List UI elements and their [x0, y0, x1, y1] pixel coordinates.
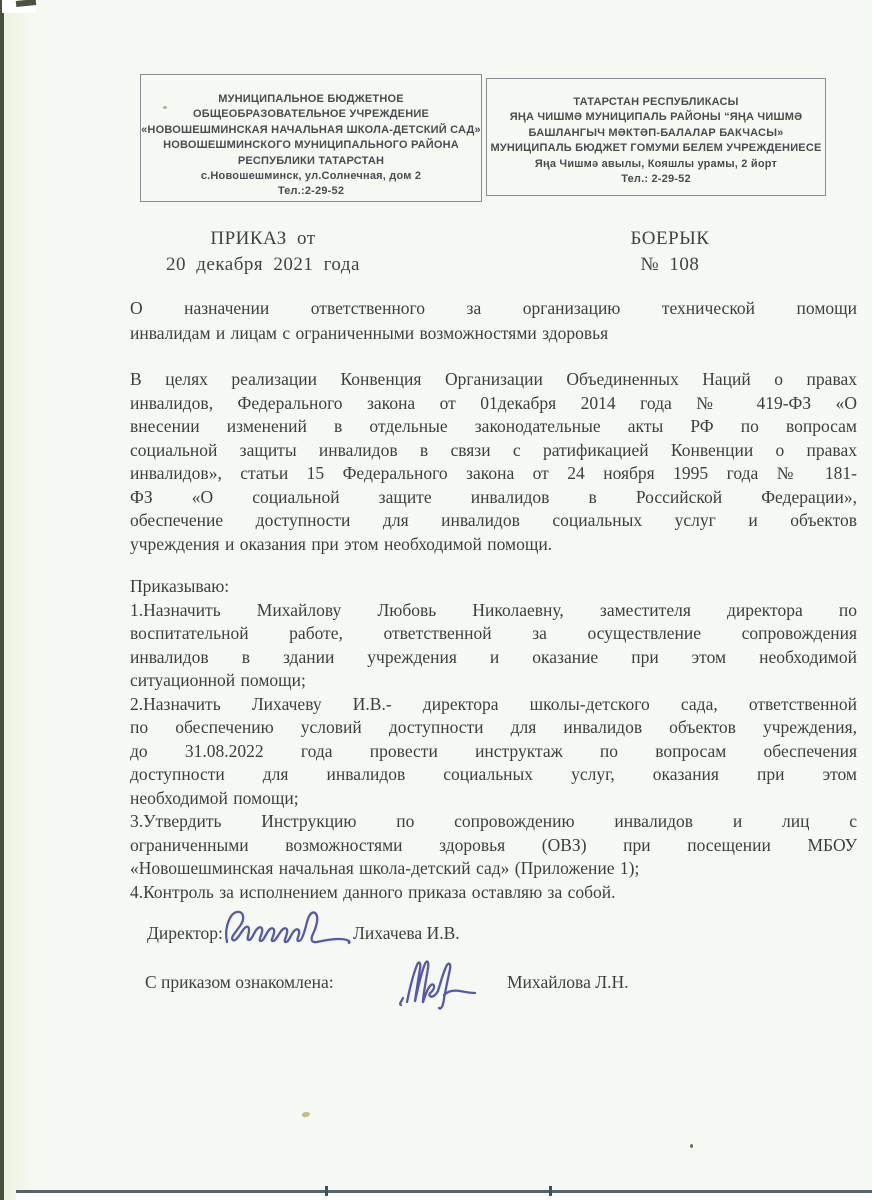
acknowledgement-name: Михайлова Л.Н.: [507, 969, 629, 995]
scan-bottom-tick: [549, 1186, 552, 1196]
text-line: обеспечение доступности для инвалидов со…: [130, 509, 857, 533]
text-line: инвалидов в здании учреждения и оказание…: [130, 646, 857, 670]
text-line: Яңа Чишмә авылы, Кояшлы урамы, 2 йорт: [487, 157, 825, 172]
text-line: Тел.:2-29-52: [141, 184, 481, 199]
text-line: НОВОШЕШМИНСКОГО МУНИЦИПАЛЬНОГО РАЙОНА: [141, 138, 481, 153]
text-line: ограниченными возможностями здоровья (ОВ…: [130, 834, 857, 858]
text-line: В целях реализации Конвенция Организации…: [130, 368, 857, 392]
text-line: 4.Контроль за исполнением данного приказ…: [130, 881, 857, 905]
text-line: доступности для инвалидов социальных усл…: [130, 763, 857, 787]
text-line: ТАТАРСТАН РЕСПУБЛИКАСЫ: [487, 95, 825, 110]
text-line: РЕСПУБЛИКИ ТАТАРСТАН: [141, 154, 481, 169]
scan-left-shadow-strip: [4, 0, 36, 1200]
text-line: необходимой помощи;: [130, 787, 857, 811]
text-line: инвалидов, Федерального закона от 01дека…: [130, 392, 857, 416]
scan-bottom-background: [16, 1193, 872, 1200]
scan-bottom-tick: [325, 1186, 328, 1196]
signature-block: Директор: Лихачева И.В. С приказом ознак…: [130, 920, 857, 995]
scan-speck: [301, 1111, 310, 1118]
text-line: ФЗ «О социальной защите инвалидов в Росс…: [130, 486, 857, 510]
preamble-paragraph: В целях реализации Конвенция Организации…: [130, 368, 857, 556]
letterhead-left-box: МУНИЦИПАЛЬНОЕ БЮДЖЕТНОЕОБЩЕОБРАЗОВАТЕЛЬН…: [140, 74, 482, 202]
director-name: Лихачева И.В.: [353, 920, 460, 946]
scan-left-edge: [0, 0, 4, 1200]
text-line: МУНИЦИПАЛЬНОЕ БЮДЖЕТНОЕ: [141, 92, 481, 107]
order-item-2: 2.Назначить Лихачеву И.В.- директора шко…: [130, 693, 857, 811]
text-line: инвалидам и лицам с ограниченными возмож…: [130, 321, 857, 346]
text-line: «НОВОШЕШМИНСКАЯ НАЧАЛЬНАЯ ШКОЛА-ДЕТСКИЙ …: [141, 123, 481, 138]
order-title: ПРИКАЗ от: [158, 226, 368, 252]
text-line: социальной защиты инвалидов в связи с ра…: [130, 439, 857, 463]
order-heading-tatar: БОЕРЫК № 108: [608, 226, 732, 278]
order-heading-row: ПРИКАЗ от 20 декабря 2021 года БОЕРЫК № …: [130, 226, 857, 286]
director-signature-ink: [220, 904, 358, 952]
text-line: учреждения и оказания при этом необходим…: [130, 533, 857, 557]
text-line: «Новошешминская начальная школа-детский …: [130, 857, 857, 881]
text-line: МУНИЦИПАЛЬ БЮДЖЕТ ГОМУМИ БЕЛЕМ УЧРЕЖДЕНИ…: [487, 141, 825, 156]
text-line: с.Новошешминск, ул.Солнечная, дом 2: [141, 169, 481, 184]
order-body: О назначении ответственного за организац…: [130, 296, 857, 904]
subject-paragraph: О назначении ответственного за организац…: [130, 296, 857, 346]
order-item-1: 1.Назначить Михайлову Любовь Николаевну,…: [130, 599, 857, 693]
text-line: воспитательной работе, ответственной за …: [130, 622, 857, 646]
text-line: инвалидов», статьи 15 Федерального закон…: [130, 462, 857, 486]
text-line: до 31.08.2022 года провести инструктаж п…: [130, 740, 857, 764]
scan-speck: [690, 1144, 693, 1148]
text-line: БАШЛАНГЫЧ МӘКТӘП-БАЛАЛАР БАКЧАСЫ»: [487, 126, 825, 141]
order-item-4: 4.Контроль за исполнением данного приказ…: [130, 881, 857, 905]
order-title-tatar: БОЕРЫК: [608, 226, 732, 252]
text-line: ОБЩЕОБРАЗОВАТЕЛЬНОЕ УЧРЕЖДЕНИЕ: [141, 107, 481, 122]
acknowledgement-label: С приказом ознакомлена:: [145, 972, 334, 992]
text-line: внесении изменений в отдельные законодат…: [130, 415, 857, 439]
order-heading-russian: ПРИКАЗ от 20 декабря 2021 года: [158, 226, 368, 278]
order-item-3: 3.Утвердить Инструкцию по сопровождению …: [130, 810, 857, 881]
letterhead-right-box: ТАТАРСТАН РЕСПУБЛИКАСЫЯҢА ЧИШМӘ МУНИЦИПА…: [486, 78, 826, 196]
resolution-label: Приказываю:: [130, 575, 857, 599]
director-signature-row: Директор: Лихачева И.В.: [130, 920, 857, 946]
text-line: 2.Назначить Лихачеву И.В.- директора шко…: [130, 693, 857, 717]
text-line: 1.Назначить Михайлову Любовь Николаевну,…: [130, 599, 857, 623]
order-date: 20 декабря 2021 года: [158, 252, 368, 278]
text-line: 3.Утвердить Инструкцию по сопровождению …: [130, 810, 857, 834]
director-label: Директор:: [147, 923, 223, 943]
scan-bottom-edge: [16, 1190, 872, 1193]
text-line: ЯҢА ЧИШМӘ МУНИЦИПАЛЬ РАЙОНЫ “ЯҢА ЧИШМӘ: [487, 110, 825, 125]
text-line: Тел.: 2-29-52: [487, 172, 825, 187]
text-line: по обеспечению условий доступности для и…: [130, 716, 857, 740]
acknowledgement-signature-ink: [396, 957, 486, 1011]
order-number: № 108: [608, 252, 732, 278]
acknowledgement-signature-row: С приказом ознакомлена: Михайлова Л.Н.: [130, 969, 857, 995]
scanned-order-page: МУНИЦИПАЛЬНОЕ БЮДЖЕТНОЕОБЩЕОБРАЗОВАТЕЛЬН…: [0, 0, 872, 1200]
text-line: ситуационной помощи;: [130, 669, 857, 693]
text-line: О назначении ответственного за организац…: [130, 296, 857, 321]
